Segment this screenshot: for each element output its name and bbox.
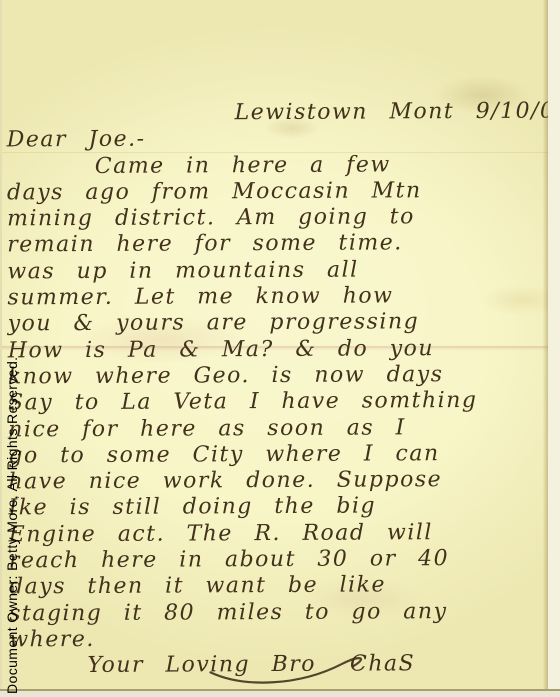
letter-line: days ago from Moccasin Mtn [7,177,547,206]
letter-line: have nice work done. Suppose [8,467,548,496]
signature-name: ChaS [350,652,415,677]
letter-line: summer. Let me know how [7,283,547,312]
attribution-text: Document Owner: Betty More, All Rights R… [4,357,20,694]
letter-line: go to some City where I can [8,440,548,469]
letter-paper: Lewistown Mont 9/10/03. Dear Joe.- Came … [0,0,548,689]
letter-line: Ike is still doing the big [9,493,549,522]
letter-line: days then it want be like [9,572,549,601]
signature-prefix: Your Loving Bro [87,652,316,678]
paper-edge-bottom [0,689,560,697]
letter-body: Lewistown Mont 9/10/03. Dear Joe.- Came … [6,99,549,680]
letter-line: mining district. Am going to [7,204,547,233]
letter-line: you & yours are progressing [8,309,548,338]
letter-line: know where Geo. is now days [8,362,548,391]
letter-line: remain here for some time. [7,230,547,259]
letter-line: staging it 80 miles to go any [9,598,549,627]
letter-line: How is Pa & Ma? & do you [8,335,548,364]
letter-line: was up in mountains all [7,256,547,285]
letter-line: nice for here as soon as I [8,414,548,443]
letter-line: Engine act. The R. Road will [9,519,549,548]
letter-line: where. [9,625,549,654]
letter-line: Came in here a few [7,151,547,180]
scan-background-right [548,0,560,697]
signature-line: Your Loving BroChaS [9,651,549,680]
letter-line: Say to La Veta I have somthing [8,388,548,417]
date-line: Lewistown Mont 9/10/03. [6,99,546,128]
salutation: Dear Joe.- [7,125,547,154]
letter-line: reach here in about 30 or 40 [9,546,549,575]
